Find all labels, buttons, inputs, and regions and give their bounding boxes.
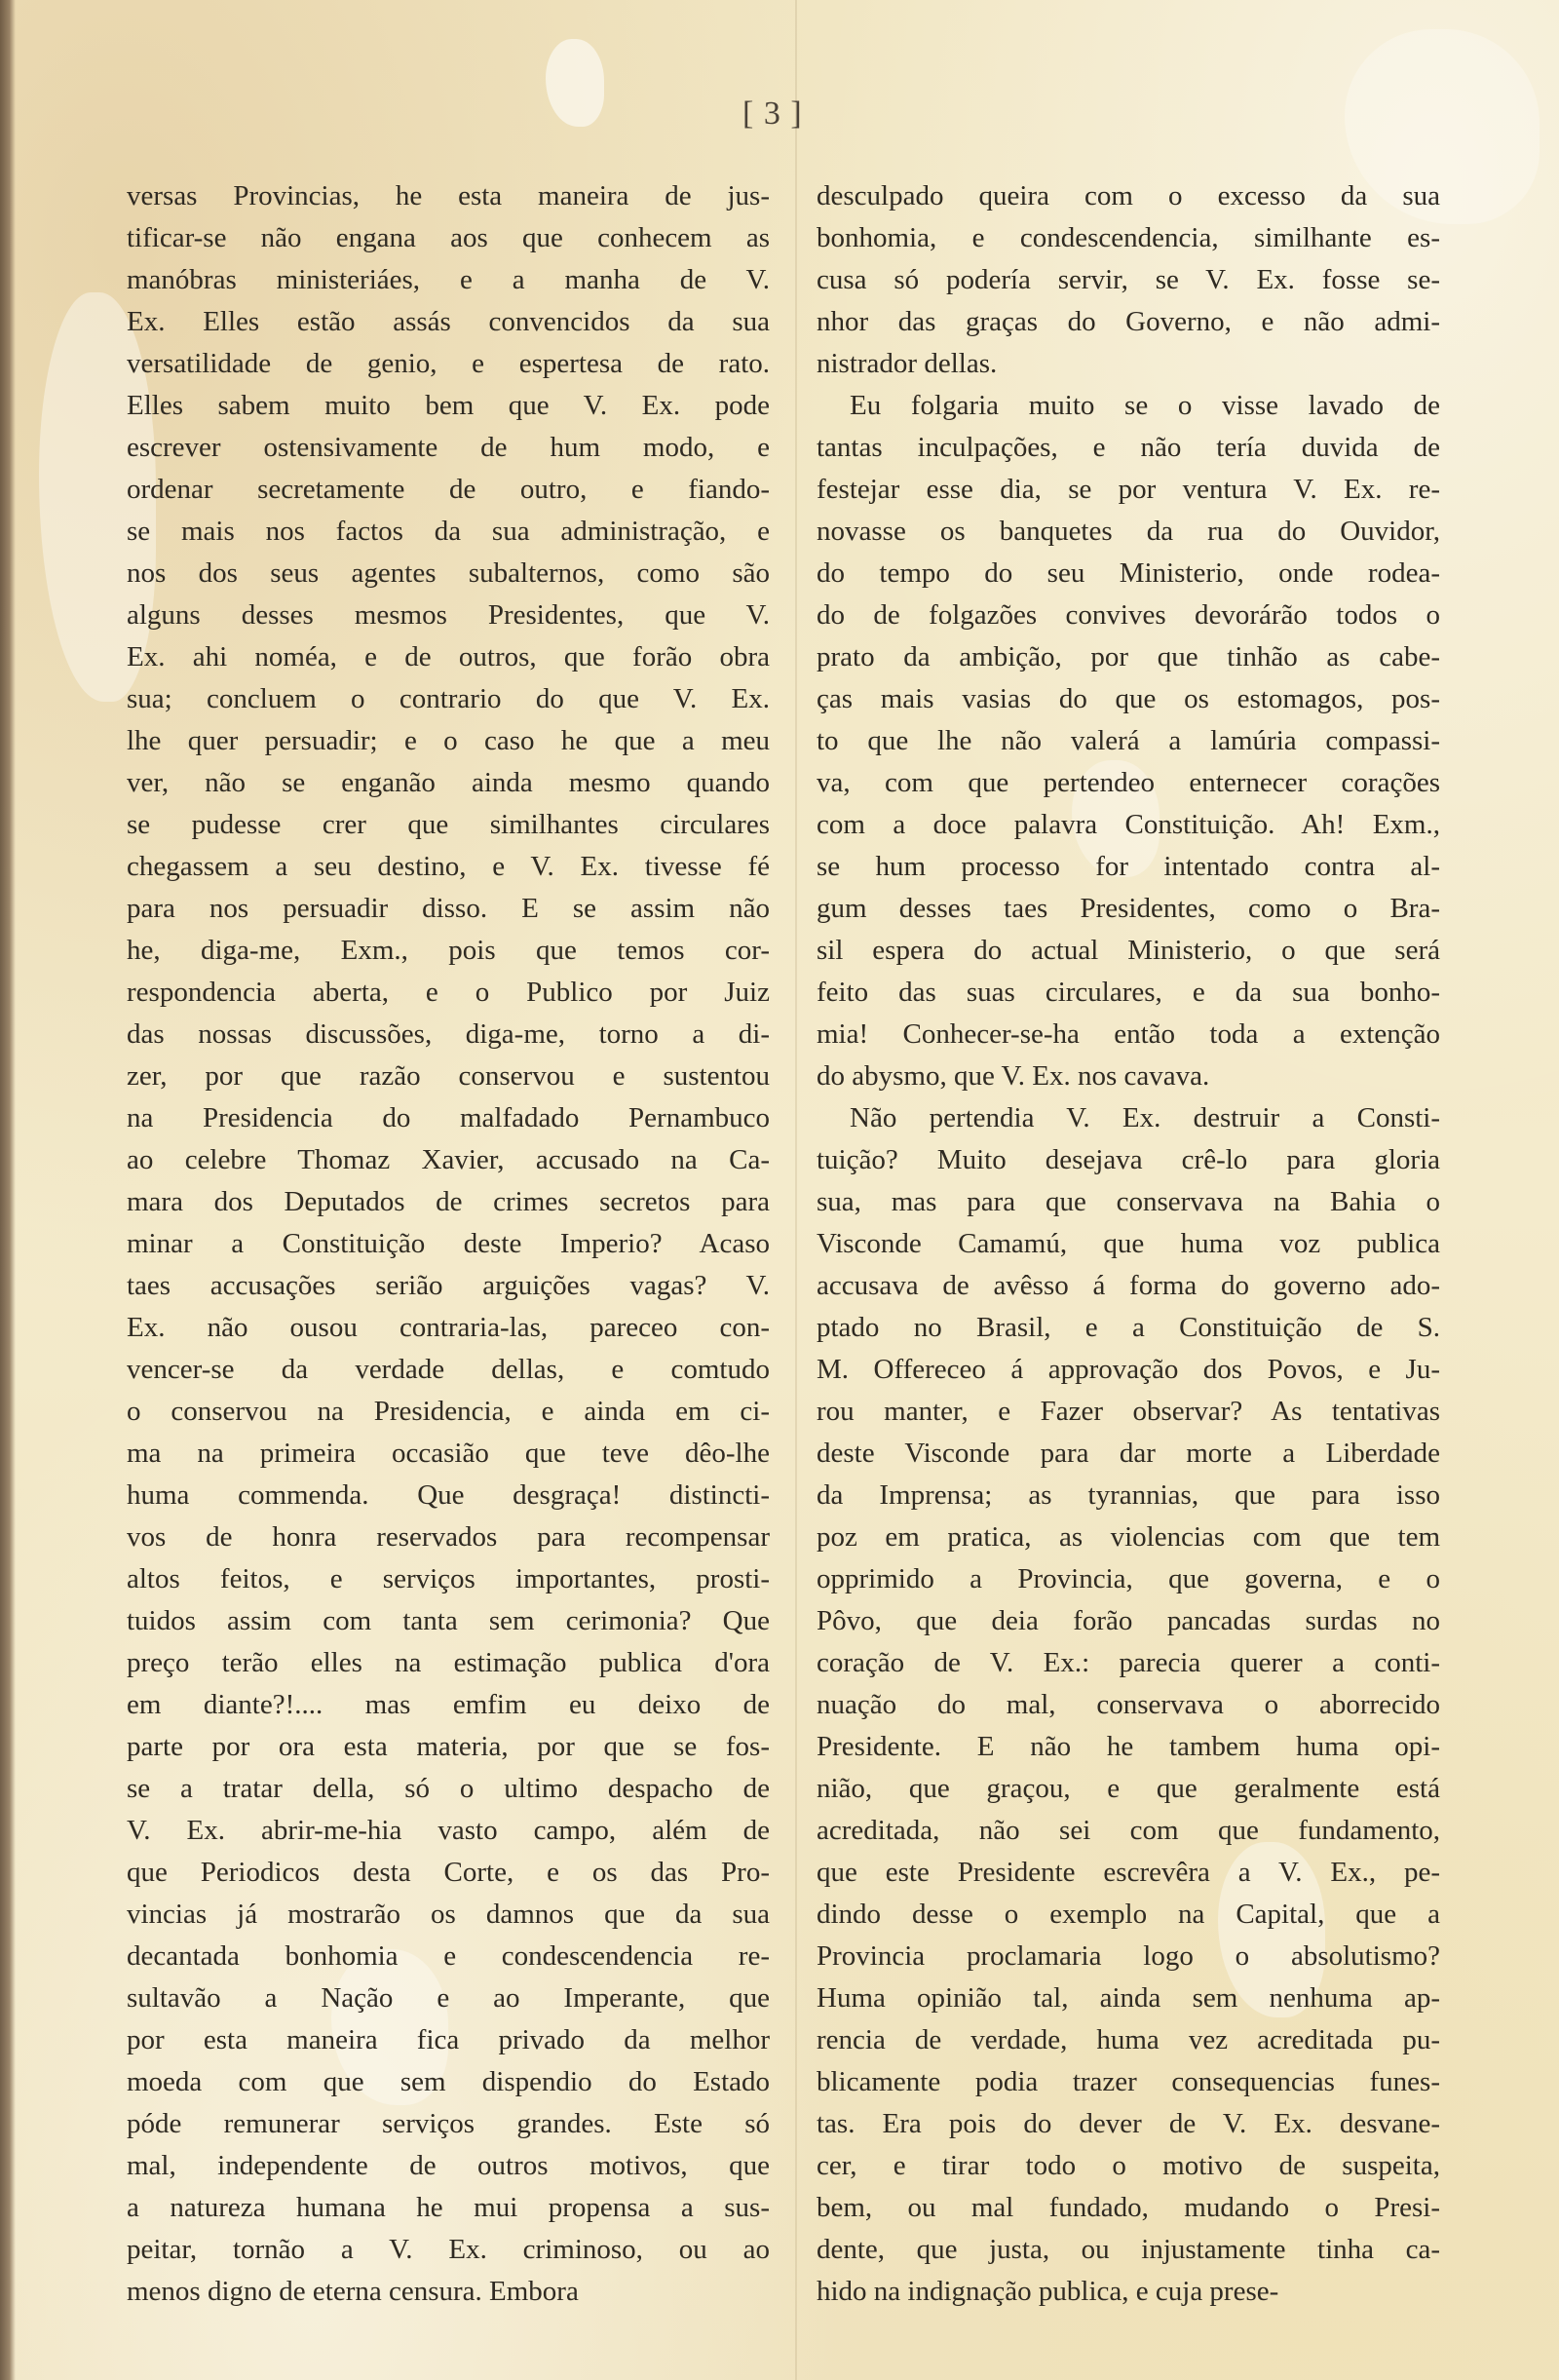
text-line: zer, por que razão conservou e sustentou <box>127 1056 770 1097</box>
text-line: Provincia proclamaria logo o absolutismo… <box>817 1936 1440 1977</box>
text-line: sil espera do actual Ministerio, o que s… <box>817 930 1440 972</box>
text-line: sua, mas para que conservava na Bahia o <box>817 1181 1440 1223</box>
text-line: cer, e tirar todo o motivo de suspeita, <box>817 2145 1440 2187</box>
text-line: a natureza humana he mui propensa a sus- <box>127 2187 770 2229</box>
text-line: nhor das graças do Governo, e não admi- <box>817 301 1440 343</box>
text-line: do de folgazões convives devorárão todos… <box>817 595 1440 636</box>
text-line: em diante?!.... mas emfim eu deixo de <box>127 1684 770 1726</box>
text-line: na Presidencia do malfadado Pernambuco <box>127 1097 770 1139</box>
text-line: sultavão a Nação e ao Imperante, que <box>127 1977 770 2019</box>
text-line: se hum processo for intentado contra al- <box>817 846 1440 888</box>
text-line: moeda com que sem dispendio do Estado <box>127 2061 770 2103</box>
text-line: chegassem a seu destino, e V. Ex. tivess… <box>127 846 770 888</box>
text-line: que Periodicos desta Corte, e os das Pro… <box>127 1852 770 1894</box>
text-line: preço terão elles na estimação publica d… <box>127 1642 770 1684</box>
text-line: do tempo do seu Ministerio, onde rodea- <box>817 553 1440 595</box>
text-line: respondencia aberta, e o Publico por Jui… <box>127 972 770 1014</box>
text-line: prato da ambição, por que tinhão as cabe… <box>817 636 1440 678</box>
text-line: Presidente. E não he tambem huma opi- <box>817 1726 1440 1768</box>
text-line: se mais nos factos da sua administração,… <box>127 511 770 553</box>
text-line: o conservou na Presidencia, e ainda em c… <box>127 1391 770 1433</box>
text-line: va, com que pertendeo enternecer coraçõe… <box>817 762 1440 804</box>
text-line: se a tratar della, só o ultimo despacho … <box>127 1768 770 1810</box>
text-line: ver, não se enganão ainda mesmo quando <box>127 762 770 804</box>
text-line: ças mais vasias do que os estomagos, pos… <box>817 678 1440 720</box>
text-line: ao celebre Thomaz Xavier, accusado na Ca… <box>127 1139 770 1181</box>
text-line: he, diga-me, Exm., pois que temos cor- <box>127 930 770 972</box>
text-line: cusa só podería servir, se V. Ex. fosse … <box>817 259 1440 301</box>
text-line: da Imprensa; as tyrannias, que para isso <box>817 1475 1440 1516</box>
text-line: alguns desses mesmos Presidentes, que V. <box>127 595 770 636</box>
text-line: nuação do mal, conservava o aborrecido <box>817 1684 1440 1726</box>
left-column: versas Provincias, he esta maneira de ju… <box>127 175 770 2313</box>
text-line: versas Provincias, he esta maneira de ju… <box>127 175 770 217</box>
text-line: póde remunerar serviços grandes. Este só <box>127 2103 770 2145</box>
text-line: tuidos assim com tanta sem cerimonia? Qu… <box>127 1600 770 1642</box>
text-line: por esta maneira fica privado da melhor <box>127 2019 770 2061</box>
text-line: vincias já mostrarão os damnos que da su… <box>127 1894 770 1936</box>
text-line: Ex. não ousou contraria-las, pareceo con… <box>127 1307 770 1349</box>
text-line: rou manter, e Fazer observar? As tentati… <box>817 1391 1440 1433</box>
text-line: dindo desse o exemplo na Capital, que a <box>817 1894 1440 1936</box>
text-line: ordenar secretamente de outro, e fiando- <box>127 469 770 511</box>
text-line: Ex. Elles estão assás convencidos da sua <box>127 301 770 343</box>
text-line: Huma opinião tal, ainda sem nenhuma ap- <box>817 1977 1440 2019</box>
text-line: blicamente podia trazer consequencias fu… <box>817 2061 1440 2103</box>
text-line: decantada bonhomia e condescendencia re- <box>127 1936 770 1977</box>
text-line: Elles sabem muito bem que V. Ex. pode <box>127 385 770 427</box>
text-line: Visconde Camamú, que huma voz publica <box>817 1223 1440 1265</box>
text-line: deste Visconde para dar morte a Liberdad… <box>817 1433 1440 1475</box>
text-line: para nos persuadir disso. E se assim não <box>127 888 770 930</box>
text-line: M. Offereceo á approvação dos Povos, e J… <box>817 1349 1440 1391</box>
text-line: altos feitos, e serviços importantes, pr… <box>127 1558 770 1600</box>
text-line: tuição? Muito desejava crê-lo para glori… <box>817 1139 1440 1181</box>
text-line: V. Ex. abrir-me-hia vasto campo, além de <box>127 1810 770 1852</box>
text-line: dente, que justa, ou injustamente tinha … <box>817 2229 1440 2271</box>
text-line: opprimido a Provincia, que governa, e o <box>817 1558 1440 1600</box>
text-line: rencia de verdade, huma vez acreditada p… <box>817 2019 1440 2061</box>
text-line: escrever ostensivamente de hum modo, e <box>127 427 770 469</box>
text-line: bonhomia, e condescendencia, similhante … <box>817 217 1440 259</box>
text-line: accusava de avêsso á forma do governo ad… <box>817 1265 1440 1307</box>
text-line: ptado no Brasil, e a Constituição de S. <box>817 1307 1440 1349</box>
text-line: tas. Era pois do dever de V. Ex. desvane… <box>817 2103 1440 2145</box>
text-line: Ex. ahi noméa, e de outros, que forão ob… <box>127 636 770 678</box>
text-line: bem, ou mal fundado, mudando o Presi- <box>817 2187 1440 2229</box>
text-line: hido na indignação publica, e cuja prese… <box>817 2271 1440 2313</box>
text-line: mal, independente de outros motivos, que <box>127 2145 770 2187</box>
text-line: lhe quer persuadir; e o caso he que a me… <box>127 720 770 762</box>
text-line: feito das suas circulares, e da sua bonh… <box>817 972 1440 1014</box>
text-line: gum desses taes Presidentes, como o Bra- <box>817 888 1440 930</box>
text-line: Pôvo, que deia forão pancadas surdas no <box>817 1600 1440 1642</box>
text-line: se pudesse crer que similhantes circular… <box>127 804 770 846</box>
text-line: do abysmo, que V. Ex. nos cavava. <box>817 1056 1440 1097</box>
text-line: mia! Conhecer-se-ha então toda a extençã… <box>817 1014 1440 1056</box>
text-line: mara dos Deputados de crimes secretos pa… <box>127 1181 770 1223</box>
text-line: tantas inculpações, e não tería duvida d… <box>817 427 1440 469</box>
text-line: acreditada, não sei com que fundamento, <box>817 1810 1440 1852</box>
text-line: nos dos seus agentes subalternos, como s… <box>127 553 770 595</box>
text-line: ma na primeira occasião que teve dêo-lhe <box>127 1433 770 1475</box>
text-line: taes accusações serião arguições vagas? … <box>127 1265 770 1307</box>
text-line: manóbras ministeriáes, e a manha de V. <box>127 259 770 301</box>
right-column: desculpado queira com o excesso da suabo… <box>817 175 1440 2313</box>
text-line: to que lhe não valerá a lamúria compassi… <box>817 720 1440 762</box>
text-line: tificar-se não engana aos que conhecem a… <box>127 217 770 259</box>
text-line: vencer-se da verdade dellas, e comtudo <box>127 1349 770 1391</box>
text-line: huma commenda. Que desgraça! distincti- <box>127 1475 770 1516</box>
text-line: versatilidade de genio, e espertesa de r… <box>127 343 770 385</box>
text-line: parte por ora esta materia, por que se f… <box>127 1726 770 1768</box>
center-fold <box>795 0 797 2380</box>
text-line: vos de honra reservados para recompensar <box>127 1516 770 1558</box>
text-line: sua; concluem o contrario do que V. Ex. <box>127 678 770 720</box>
binding-edge <box>0 0 16 2380</box>
text-line: novasse os banquetes da rua do Ouvidor, <box>817 511 1440 553</box>
text-line: nistrador dellas. <box>817 343 1440 385</box>
text-line: poz em pratica, as violencias com que te… <box>817 1516 1440 1558</box>
text-line: menos digno de eterna censura. Embora <box>127 2271 770 2313</box>
text-line: desculpado queira com o excesso da sua <box>817 175 1440 217</box>
text-line: nião, que graçou, e que geralmente está <box>817 1768 1440 1810</box>
text-line: coração de V. Ex.: parecia querer a cont… <box>817 1642 1440 1684</box>
text-line: Eu folgaria muito se o visse lavado de <box>817 385 1440 427</box>
text-line: minar a Constituição deste Imperio? Acas… <box>127 1223 770 1265</box>
text-line: Não pertendia V. Ex. destruir a Consti- <box>817 1097 1440 1139</box>
text-line: das nossas discussões, diga-me, torno a … <box>127 1014 770 1056</box>
text-line: que este Presidente escrevêra a V. Ex., … <box>817 1852 1440 1894</box>
text-line: festejar esse dia, se por ventura V. Ex.… <box>817 469 1440 511</box>
text-line: peitar, tornão a V. Ex. criminoso, ou ao <box>127 2229 770 2271</box>
text-line: com a doce palavra Constituição. Ah! Exm… <box>817 804 1440 846</box>
page-number: [ 3 ] <box>742 96 803 133</box>
